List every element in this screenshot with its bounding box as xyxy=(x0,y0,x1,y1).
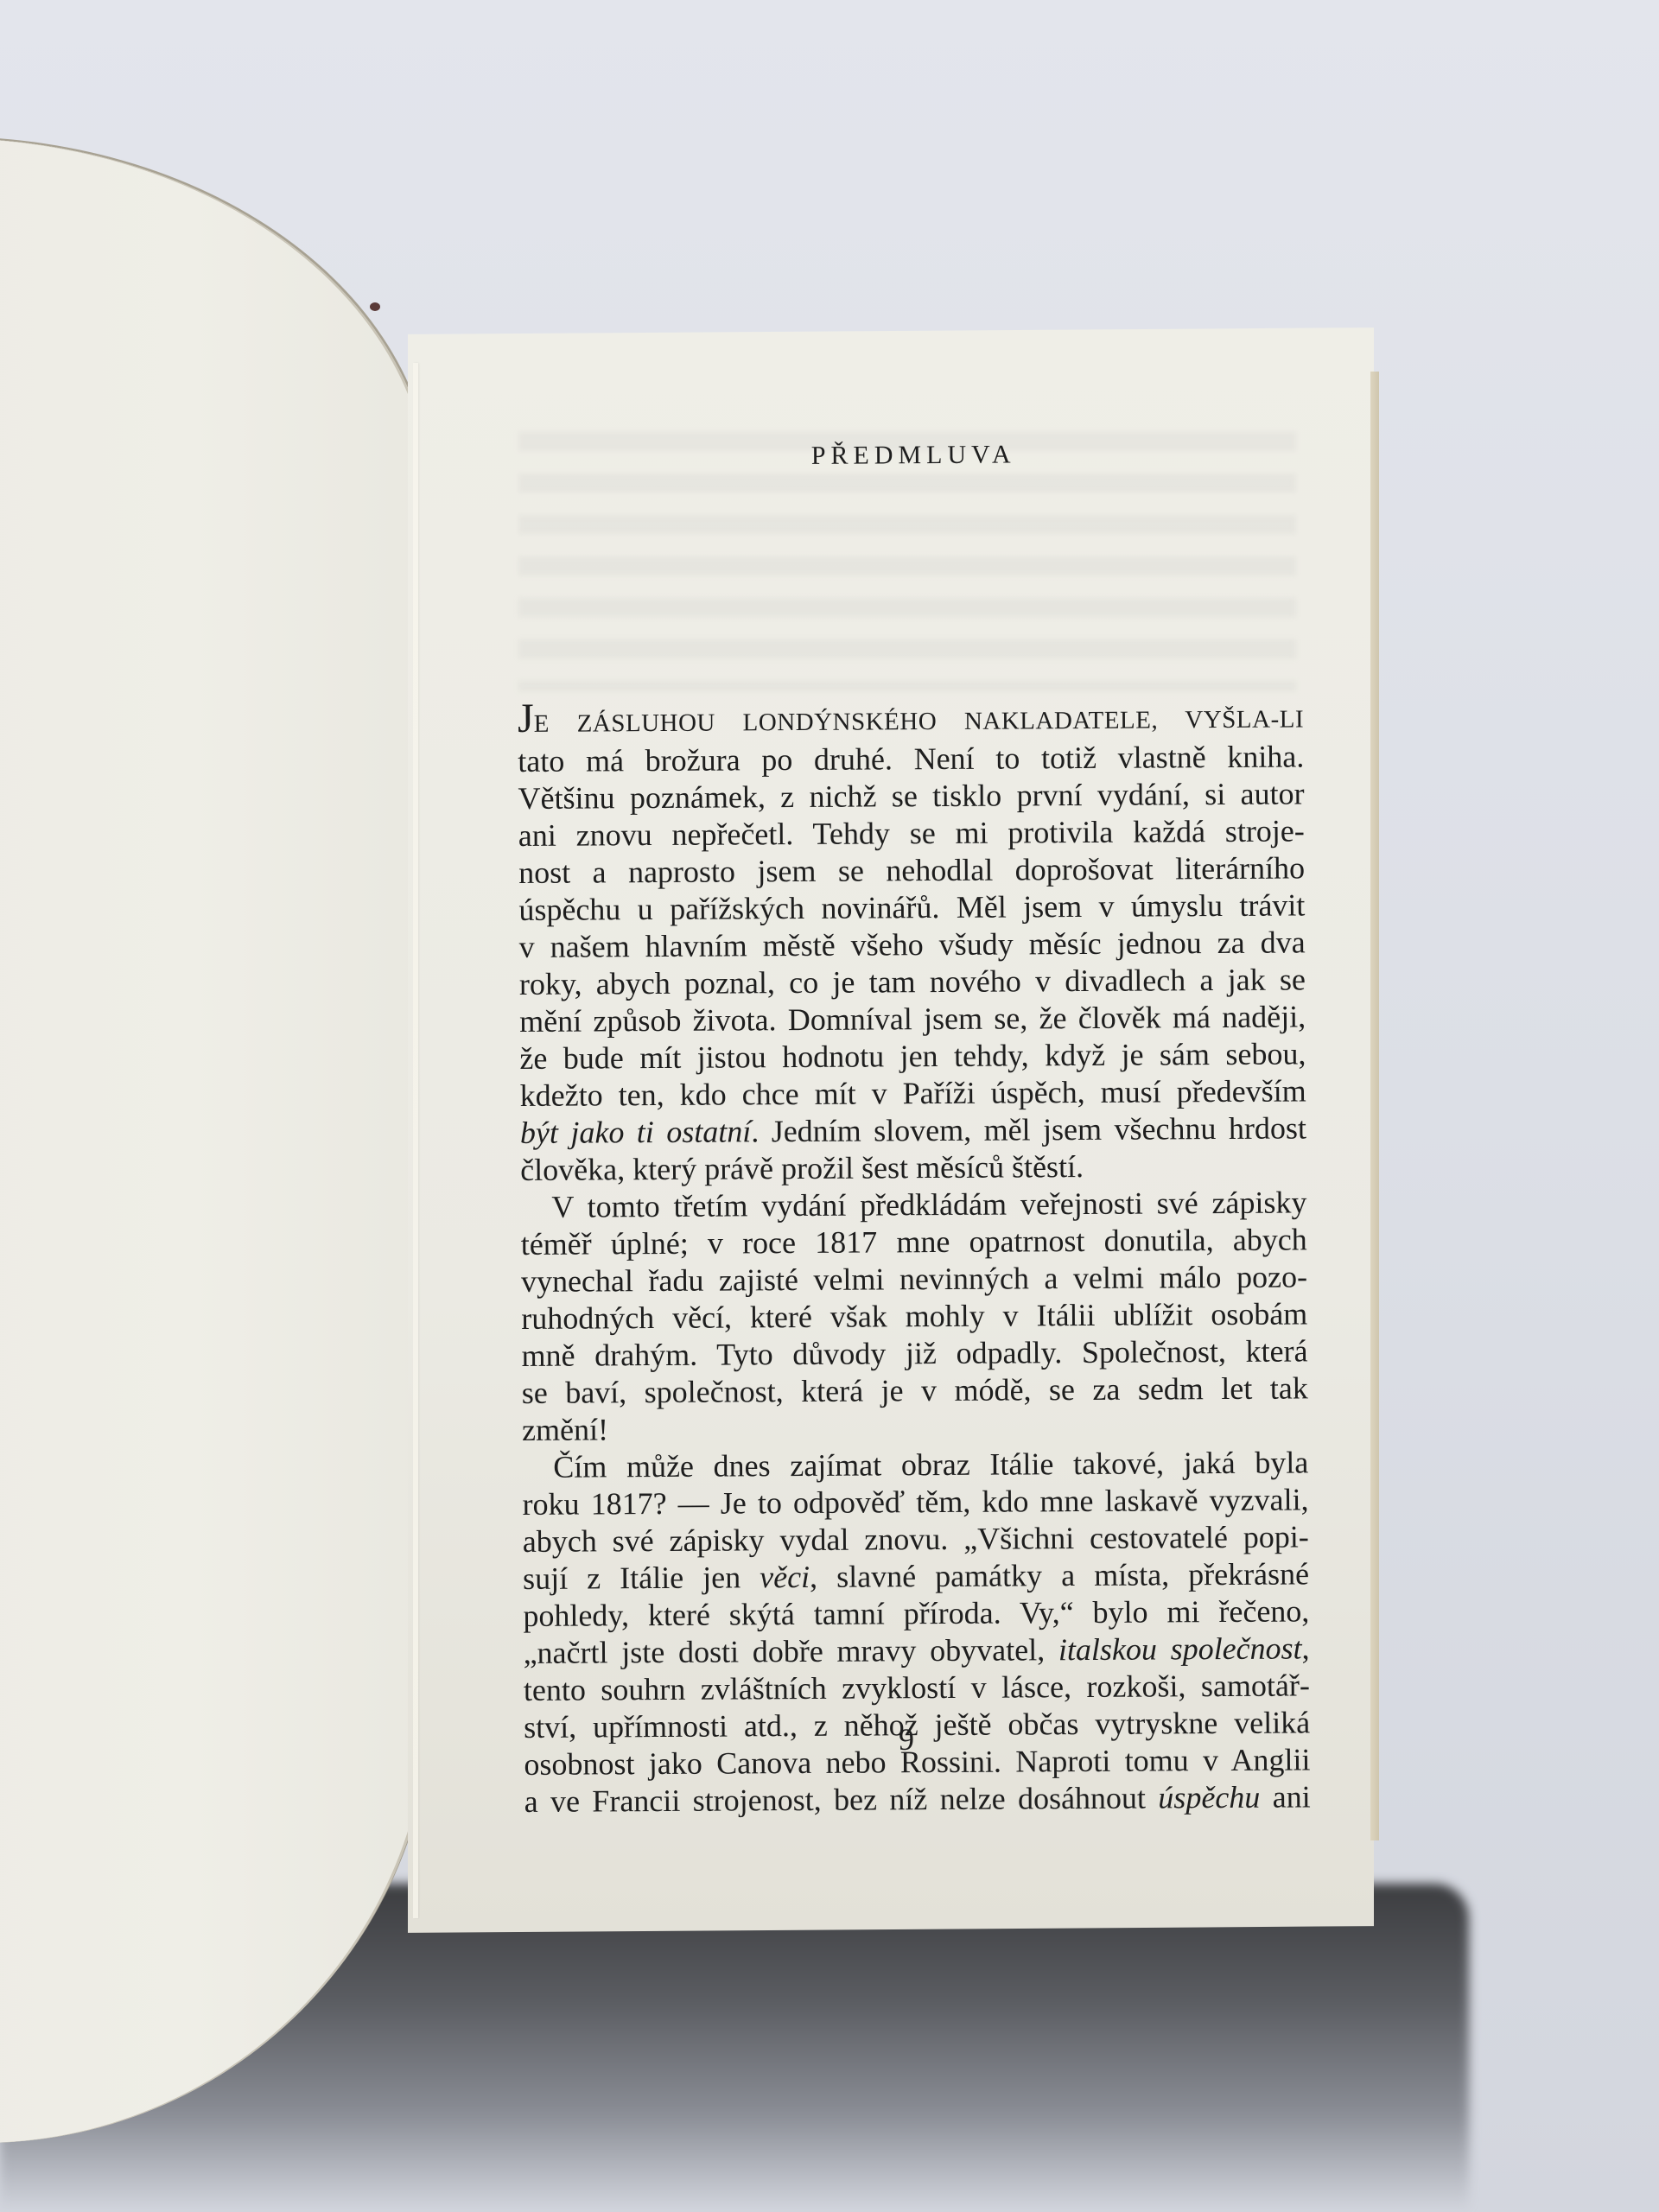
text-line: být jako ti ostatní. Jedním slovem, měl … xyxy=(520,1109,1306,1152)
text-line: „načrtl jste dosti dobře mravy obyvatel,… xyxy=(524,1630,1310,1672)
page-text-block: PŘEDMLUVA JE ZÁSLUHOU LONDÝNSKÉHO NAKLAD… xyxy=(516,427,1311,1821)
text-line: že bude mít jistou hodnotu jen tehdy, kd… xyxy=(519,1035,1306,1077)
opening-smallcaps: E ZÁSLUHOU LONDÝNSKÉHO NAKLADATELE, VYŠL… xyxy=(534,705,1304,737)
text-line: ství, upřímnosti atd., z něhož ještě obč… xyxy=(524,1704,1310,1746)
opening-line: JE ZÁSLUHOU LONDÝNSKÉHO NAKLADATELE, VYŠ… xyxy=(518,695,1304,743)
text-line: téměř úplné; v roce 1817 mne opatrnost d… xyxy=(521,1221,1307,1263)
body-text: JE ZÁSLUHOU LONDÝNSKÉHO NAKLADATELE, VYŠ… xyxy=(518,695,1311,1821)
text-line: osobnost jako Canova nebo Rossini. Napro… xyxy=(524,1741,1310,1783)
paragraph-start-line: V tomto třetím vydání předkládám veřejno… xyxy=(520,1184,1306,1226)
text-line: v našem hlavním městě všeho všudy měsíc … xyxy=(519,924,1306,966)
text-line: roky, abych poznal, co je tam nového v d… xyxy=(519,961,1306,1003)
text-line: pohledy, které skýtá tamní příroda. Vy,“… xyxy=(523,1592,1309,1635)
text-line: vynechal řadu zajisté velmi nevinných a … xyxy=(521,1258,1307,1300)
page-number: 9 xyxy=(899,1721,914,1758)
book-gutter xyxy=(413,363,418,1918)
text-line: nost a naprosto jsem se nehodlal doprošo… xyxy=(518,849,1305,892)
text-line: úspěchu u pařížských novinářů. Měl jsem … xyxy=(518,887,1305,929)
text-line: a ve Francii strojenost, bez níž nelze d… xyxy=(524,1778,1311,1821)
text-line: tento souhrn zvláštních zvyklostí v lásc… xyxy=(524,1667,1310,1709)
text-line: ani znovu nepřečetl. Tehdy se mi protivi… xyxy=(518,812,1305,855)
page-title: PŘEDMLUVA xyxy=(516,427,1304,700)
paragraph-start-line: Čím může dnes zajímat obraz Itálie takov… xyxy=(522,1444,1308,1486)
text-line: abych své zápisky vydal znovu. „Všichni … xyxy=(523,1518,1309,1560)
text-line: se baví, společnost, která je v módě, se… xyxy=(522,1370,1308,1412)
text-line: mně drahým. Tyto důvody již odpadly. Spo… xyxy=(521,1332,1307,1375)
italic-phrase: věci xyxy=(760,1560,810,1594)
text-line: sují z Itálie jen věci, slavné památky a… xyxy=(523,1555,1309,1598)
left-page xyxy=(0,138,432,2143)
italic-phrase: být jako ti ostatní xyxy=(520,1114,752,1150)
page-edge xyxy=(1370,372,1379,1840)
text-line: kdežto ten, kdo chce mít v Paříži úspěch… xyxy=(520,1072,1306,1115)
paragraph-end-line: člověka, který právě prožil šest měsíců … xyxy=(520,1147,1306,1189)
italic-phrase: italskou společnost xyxy=(1058,1630,1302,1667)
paragraph-end-line: změní! xyxy=(522,1407,1308,1449)
text-line: roku 1817? — Je to odpověď těm, kdo mne … xyxy=(522,1481,1308,1523)
drop-initial: J xyxy=(518,696,534,741)
photo-scene: PŘEDMLUVA JE ZÁSLUHOU LONDÝNSKÉHO NAKLAD… xyxy=(0,0,1659,2212)
text-line: ruhodných věcí, které však mohly v Itáli… xyxy=(521,1295,1307,1338)
italic-phrase: úspěchu xyxy=(1158,1780,1260,1815)
text-line: mění způsob života. Domníval jsem se, že… xyxy=(519,998,1306,1040)
text-line: tato má brožura po druhé. Není to totiž … xyxy=(518,738,1304,780)
text-line: Většinu poznámek, z nichž se tisklo prvn… xyxy=(518,775,1304,817)
